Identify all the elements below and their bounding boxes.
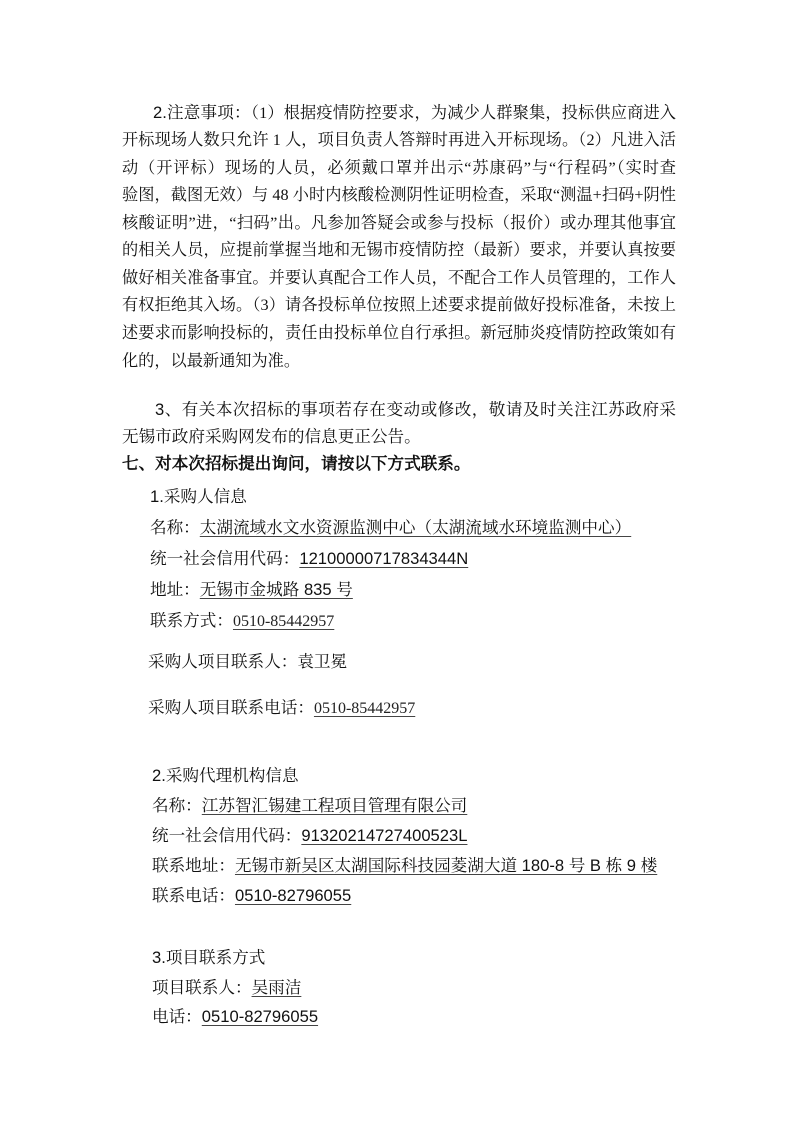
purchaser-address-row: 地址：无锡市金城路 835 号	[150, 578, 353, 602]
purchaser-name-label: 名称：	[150, 518, 200, 537]
notice-line-9: 述要求而影响投标的，责任由投标单位自行承担。新冠肺炎疫情防控政策如有变	[122, 321, 676, 345]
purchaser-address-value: 无锡市金城路 835 号	[200, 580, 353, 599]
purchaser-name-row: 名称：太湖流域水文水资源监测中心（太湖流域水环境监测中心）	[150, 516, 631, 540]
agency-phone-row: 联系电话：0510-82796055	[152, 884, 351, 908]
notice-line-7: 做好相关准备事宜。并要认真配合工作人员，不配合工作人员管理的，工作人员	[122, 266, 676, 290]
agency-name-value: 江苏智汇锡建工程项目管理有限公司	[202, 796, 468, 815]
agency-phone-label: 联系电话：	[152, 886, 235, 905]
notice-line-4: 验图，截图无效）与 48 小时内核酸检测阴性证明检查，采取“测温+扫码+阴性	[122, 183, 676, 207]
project-contact-row: 项目联系人：吴雨洁	[152, 976, 301, 1000]
agency-address-label: 联系地址：	[152, 856, 235, 875]
notice-line-6: 的相关人员，应提前掌握当地和无锡市疫情防控（最新）要求，并要认真按要求	[122, 238, 676, 262]
purchaser-project-contact-row: 采购人项目联系人：袁卫冕	[148, 650, 347, 674]
notice-line-8: 有权拒绝其入场。（3）请各投标单位按照上述要求提前做好投标准备，未按上	[122, 293, 676, 317]
purchaser-project-phone-value: 0510-85442957	[314, 700, 415, 717]
purchaser-name-value: 太湖流域水文水资源监测中心（太湖流域水环境监测中心）	[200, 518, 631, 537]
project-phone-label: 电话：	[152, 1007, 202, 1026]
purchaser-project-phone-row: 采购人项目联系电话：0510-85442957	[148, 696, 415, 720]
agency-address-value: 无锡市新吴区太湖国际科技园菱湖大道 180-8 号 B 栋 9 楼	[235, 856, 657, 875]
document-page: 2.注意事项：（1）根据疫情防控要求，为减少人群聚集，投标供应商进入 开标现场人…	[0, 0, 800, 1131]
agency-credit-row: 统一社会信用代码：91320214727400523L	[152, 824, 467, 848]
agency-name-row: 名称：江苏智汇锡建工程项目管理有限公司	[152, 794, 467, 818]
agency-title: 2.采购代理机构信息	[152, 764, 299, 788]
notice-label: 2.注意事项：	[153, 103, 251, 122]
notice-line-1: 2.注意事项：（1）根据疫情防控要求，为减少人群聚集，投标供应商进入	[153, 101, 676, 125]
purchaser-credit-value: 12100000717834344N	[299, 549, 468, 568]
notice-line-2: 开标现场人数只允许 1 人，项目负责人答辩时再进入开标现场。（2）凡进入活	[122, 128, 676, 152]
notice-line-3: 动（开评标）现场的人员，必须戴口罩并出示“苏康码”与“行程码”（实时查	[122, 156, 676, 180]
purchaser-credit-label: 统一社会信用代码：	[150, 549, 299, 568]
notice-text: （1）根据疫情防控要求，为减少人群聚集，投标供应商进入	[251, 104, 676, 122]
purchaser-project-contact-value: 袁卫冕	[297, 652, 347, 671]
agency-address-row: 联系地址：无锡市新吴区太湖国际科技园菱湖大道 180-8 号 B 栋 9 楼	[152, 854, 657, 878]
project-title: 3.项目联系方式	[152, 946, 265, 970]
project-contact-value: 吴雨洁	[252, 978, 302, 997]
section-7-heading: 七、对本次招标提出询问，请按以下方式联系。	[122, 452, 470, 476]
project-phone-value: 0510-82796055	[202, 1007, 318, 1026]
notice-line-5: 核酸证明”进，“扫码”出。凡参加答疑会或参与投标（报价）或办理其他事宜	[122, 211, 676, 235]
project-phone-row: 电话：0510-82796055	[152, 1005, 318, 1029]
purchaser-contact-value: 0510-85442957	[233, 613, 334, 630]
agency-name-label: 名称：	[152, 796, 202, 815]
changes-line-2: 无锡市政府采购网发布的信息更正公告。	[122, 425, 421, 449]
agency-credit-value: 91320214727400523L	[301, 826, 467, 845]
purchaser-contact-label: 联系方式：	[150, 611, 233, 630]
purchaser-project-phone-label: 采购人项目联系电话：	[148, 698, 314, 717]
notice-line-10: 化的，以最新通知为准。	[122, 349, 300, 373]
project-contact-label: 项目联系人：	[152, 978, 252, 997]
agency-phone-value: 0510-82796055	[235, 886, 351, 905]
agency-credit-label: 统一社会信用代码：	[152, 826, 301, 845]
purchaser-address-label: 地址：	[150, 580, 200, 599]
purchaser-title: 1.采购人信息	[150, 485, 247, 509]
purchaser-contact-row: 联系方式：0510-85442957	[150, 609, 334, 633]
purchaser-credit-row: 统一社会信用代码：12100000717834344N	[150, 547, 468, 571]
changes-line-1: 3、有关本次招标的事项若存在变动或修改，敬请及时关注江苏政府采购网、	[155, 398, 676, 422]
purchaser-project-contact-label: 采购人项目联系人：	[148, 652, 297, 671]
